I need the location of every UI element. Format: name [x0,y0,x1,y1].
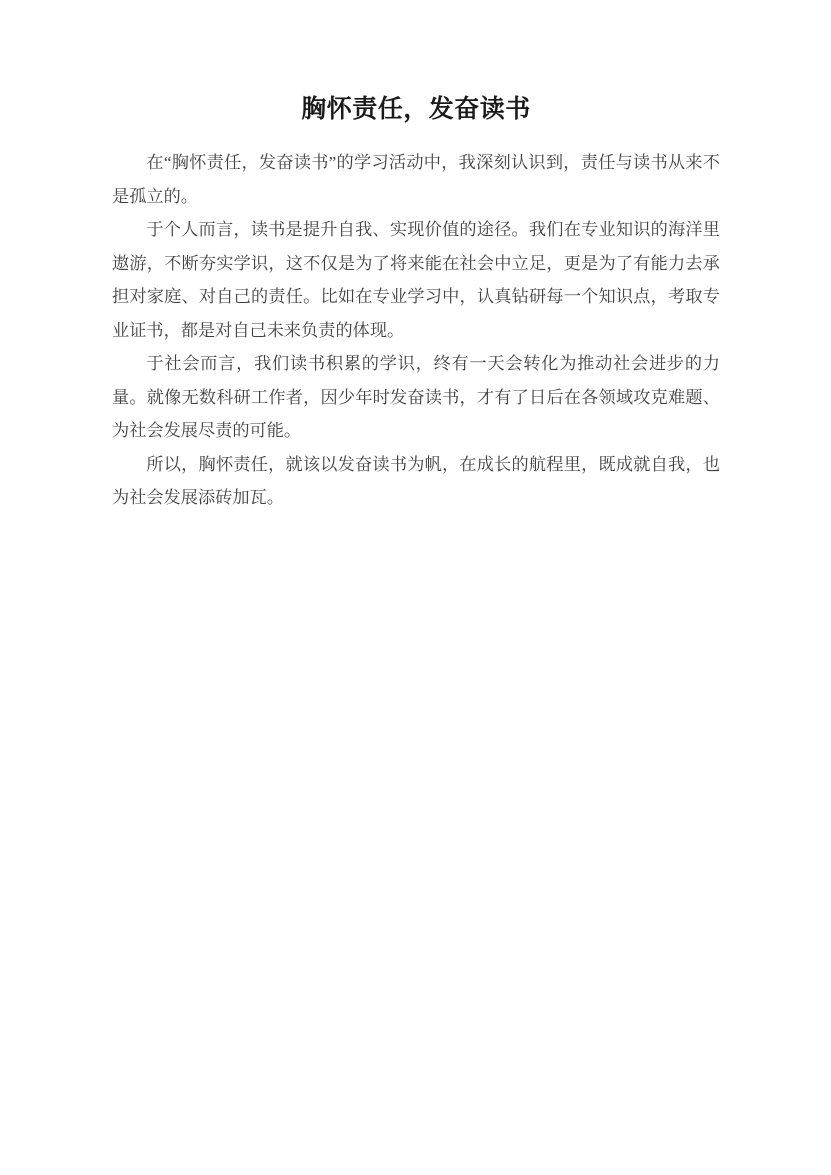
document-page: 胸怀责任，发奋读书 在“胸怀责任，发奋读书”的学习活动中，我深刻认识到，责任与读… [0,0,831,1175]
document-content: 胸怀责任，发奋读书 在“胸怀责任，发奋读书”的学习活动中，我深刻认识到，责任与读… [112,0,720,515]
essay-paragraph-2: 于个人而言，读书是提升自我、实现价值的途径。我们在专业知识的海洋里遨游，不断夯实… [112,213,720,347]
essay-paragraph-4: 所以，胸怀责任，就该以发奋读书为帆，在成长的航程里，既成就自我，也为社会发展添砖… [112,448,720,515]
essay-title: 胸怀责任，发奋读书 [112,93,720,126]
essay-paragraph-3: 于社会而言，我们读书积累的学识，终有一天会转化为推动社会进步的力量。就像无数科研… [112,347,720,448]
essay-paragraph-1: 在“胸怀责任，发奋读书”的学习活动中，我深刻认识到，责任与读书从来不是孤立的。 [112,146,720,213]
